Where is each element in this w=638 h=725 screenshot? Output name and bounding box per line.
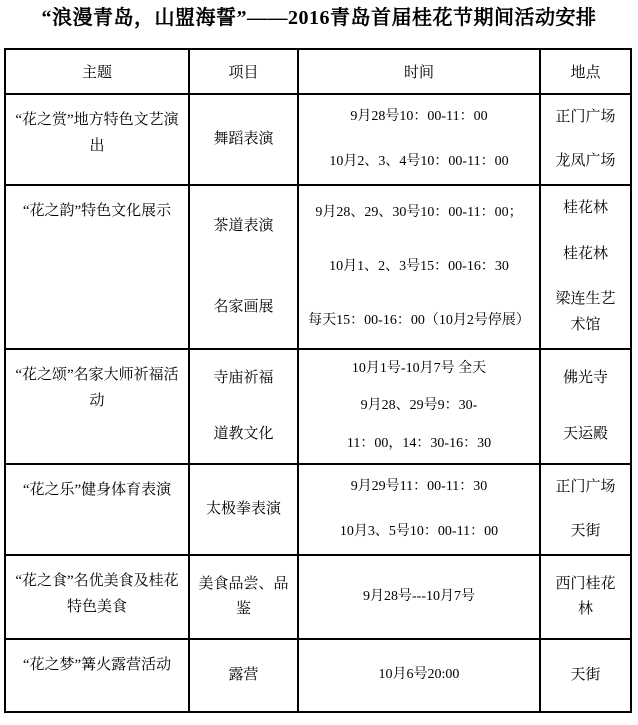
cell-line: 名家画展 bbox=[190, 295, 297, 321]
schedule-table: 主题 项目 时间 地点 “花之赏”地方特色文艺演出舞蹈表演9月28号10：00-… bbox=[4, 48, 632, 713]
place-cell-content: 佛光寺天运殿 bbox=[541, 350, 630, 463]
cell-line: “花之赏”地方特色文艺演出 bbox=[6, 108, 188, 159]
table-row: “花之食”名优美食及桂花特色美食美食品尝、品鉴9月28号---10月7号西门桂花… bbox=[5, 555, 631, 639]
place-cell-content: 天街 bbox=[541, 640, 630, 711]
theme-cell: “花之乐”健身体育表演 bbox=[5, 464, 189, 555]
time-cell: 9月28号10：00-11：0010月2、3、4号10：00-11：00 bbox=[298, 94, 540, 185]
theme-cell: “花之食”名优美食及桂花特色美食 bbox=[5, 555, 189, 639]
cell-line: 10月6号20:00 bbox=[299, 664, 539, 686]
cell-line: 桂花林 bbox=[541, 242, 630, 268]
theme-cell-content: “花之韵”特色文化展示 bbox=[6, 186, 188, 348]
header-time: 时间 bbox=[298, 49, 540, 94]
cell-line: 9月29号11：00-11：30 bbox=[299, 476, 539, 498]
cell-line: 10月1、2、3号15：00-16：30 bbox=[299, 256, 539, 278]
time-cell-content: 9月29号11：00-11：3010月3、5号10：00-11：00 bbox=[299, 465, 539, 554]
cell-line: 10月2、3、4号10：00-11：00 bbox=[299, 151, 539, 173]
cell-line: 茶道表演 bbox=[190, 214, 297, 240]
cell-line: 天街 bbox=[541, 519, 630, 545]
cell-line: 寺庙祈福 bbox=[190, 366, 297, 392]
cell-line: 11：00，14：30-16：30 bbox=[299, 433, 539, 455]
time-cell-content: 10月6号20:00 bbox=[299, 640, 539, 711]
cell-line: “花之韵”特色文化展示 bbox=[6, 199, 188, 225]
theme-cell-content: “花之赏”地方特色文艺演出 bbox=[6, 95, 188, 184]
header-place: 地点 bbox=[540, 49, 631, 94]
project-cell-content: 茶道表演名家画展 bbox=[190, 186, 297, 348]
project-cell: 茶道表演名家画展 bbox=[189, 185, 298, 349]
time-cell-content: 9月28、29、30号10：00-11：00；10月1、2、3号15：00-16… bbox=[299, 186, 539, 348]
cell-line: 佛光寺 bbox=[541, 366, 630, 392]
project-cell-content: 美食品尝、品鉴 bbox=[190, 556, 297, 638]
place-cell: 正门广场天街 bbox=[540, 464, 631, 555]
cell-line: 10月1号-10月7号 全天 bbox=[299, 358, 539, 380]
page: “浪漫青岛，山盟海誓”——2016青岛首届桂花节期间活动安排 主题 项目 时间 … bbox=[0, 5, 638, 725]
place-cell-content: 正门广场天街 bbox=[541, 465, 630, 554]
cell-line: 龙凤广场 bbox=[541, 149, 630, 175]
cell-line: 西门桂花林 bbox=[541, 572, 630, 623]
cell-line: 10月3、5号10：00-11：00 bbox=[299, 521, 539, 543]
time-cell-content: 9月28号---10月7号 bbox=[299, 556, 539, 638]
cell-line: 桂花林 bbox=[541, 196, 630, 222]
project-cell: 舞蹈表演 bbox=[189, 94, 298, 185]
table-body: “花之赏”地方特色文艺演出舞蹈表演9月28号10：00-11：0010月2、3、… bbox=[5, 94, 631, 712]
place-cell-content: 西门桂花林 bbox=[541, 556, 630, 638]
header-theme: 主题 bbox=[5, 49, 189, 94]
place-cell-content: 桂花林桂花林梁连生艺术馆 bbox=[541, 186, 630, 348]
header-project: 项目 bbox=[189, 49, 298, 94]
cell-line: “花之颂”名家大师祈福活动 bbox=[6, 363, 188, 414]
table-row: “花之梦”篝火露营活动露营10月6号20:00天街 bbox=[5, 639, 631, 712]
theme-cell: “花之颂”名家大师祈福活动 bbox=[5, 349, 189, 464]
cell-line: 正门广场 bbox=[541, 475, 630, 501]
table-row: “花之赏”地方特色文艺演出舞蹈表演9月28号10：00-11：0010月2、3、… bbox=[5, 94, 631, 185]
project-cell: 美食品尝、品鉴 bbox=[189, 555, 298, 639]
place-cell: 天街 bbox=[540, 639, 631, 712]
table-row: “花之颂”名家大师祈福活动寺庙祈福道教文化10月1号-10月7号 全天9月28、… bbox=[5, 349, 631, 464]
cell-line: 太极拳表演 bbox=[190, 497, 297, 523]
theme-cell: “花之赏”地方特色文艺演出 bbox=[5, 94, 189, 185]
cell-line: “花之梦”篝火露营活动 bbox=[6, 653, 188, 679]
time-cell-content: 9月28号10：00-11：0010月2、3、4号10：00-11：00 bbox=[299, 95, 539, 184]
place-cell: 西门桂花林 bbox=[540, 555, 631, 639]
cell-line: 天运殿 bbox=[541, 422, 630, 448]
time-cell: 9月28号---10月7号 bbox=[298, 555, 540, 639]
time-cell: 10月1号-10月7号 全天9月28、29号9：30-11：00，14：30-1… bbox=[298, 349, 540, 464]
place-cell-content: 正门广场龙凤广场 bbox=[541, 95, 630, 184]
time-cell: 9月28、29、30号10：00-11：00；10月1、2、3号15：00-16… bbox=[298, 185, 540, 349]
time-cell: 9月29号11：00-11：3010月3、5号10：00-11：00 bbox=[298, 464, 540, 555]
cell-line: 9月28号10：00-11：00 bbox=[299, 106, 539, 128]
table-row: “花之乐”健身体育表演太极拳表演9月29号11：00-11：3010月3、5号1… bbox=[5, 464, 631, 555]
time-cell: 10月6号20:00 bbox=[298, 639, 540, 712]
project-cell-content: 太极拳表演 bbox=[190, 465, 297, 554]
cell-line: 露营 bbox=[190, 663, 297, 689]
cell-line: 每天15：00-16：00（10月2号停展） bbox=[299, 310, 539, 332]
place-cell: 桂花林桂花林梁连生艺术馆 bbox=[540, 185, 631, 349]
place-cell: 正门广场龙凤广场 bbox=[540, 94, 631, 185]
cell-line: 天街 bbox=[541, 663, 630, 689]
project-cell-content: 寺庙祈福道教文化 bbox=[190, 350, 297, 463]
cell-line: 正门广场 bbox=[541, 105, 630, 131]
place-cell: 佛光寺天运殿 bbox=[540, 349, 631, 464]
project-cell: 寺庙祈福道教文化 bbox=[189, 349, 298, 464]
cell-line: 9月28号---10月7号 bbox=[299, 586, 539, 608]
theme-cell-content: “花之食”名优美食及桂花特色美食 bbox=[6, 556, 188, 638]
cell-line: 9月28、29、30号10：00-11：00； bbox=[299, 202, 539, 224]
header-row: 主题 项目 时间 地点 bbox=[5, 49, 631, 94]
theme-cell-content: “花之梦”篝火露营活动 bbox=[6, 640, 188, 711]
cell-line: 9月28、29号9：30- bbox=[299, 395, 539, 417]
cell-line: 梁连生艺术馆 bbox=[541, 287, 630, 338]
table-row: “花之韵”特色文化展示茶道表演名家画展9月28、29、30号10：00-11：0… bbox=[5, 185, 631, 349]
project-cell: 太极拳表演 bbox=[189, 464, 298, 555]
theme-cell: “花之韵”特色文化展示 bbox=[5, 185, 189, 349]
theme-cell-content: “花之乐”健身体育表演 bbox=[6, 465, 188, 554]
theme-cell-content: “花之颂”名家大师祈福活动 bbox=[6, 350, 188, 463]
page-title: “浪漫青岛，山盟海誓”——2016青岛首届桂花节期间活动安排 bbox=[0, 5, 638, 31]
project-cell-content: 露营 bbox=[190, 640, 297, 711]
time-cell-content: 10月1号-10月7号 全天9月28、29号9：30-11：00，14：30-1… bbox=[299, 350, 539, 463]
cell-line: “花之乐”健身体育表演 bbox=[6, 478, 188, 504]
theme-cell: “花之梦”篝火露营活动 bbox=[5, 639, 189, 712]
project-cell: 露营 bbox=[189, 639, 298, 712]
cell-line: “花之食”名优美食及桂花特色美食 bbox=[6, 569, 188, 620]
cell-line: 道教文化 bbox=[190, 422, 297, 448]
cell-line: 美食品尝、品鉴 bbox=[190, 572, 297, 623]
cell-line: 舞蹈表演 bbox=[190, 127, 297, 153]
project-cell-content: 舞蹈表演 bbox=[190, 95, 297, 184]
